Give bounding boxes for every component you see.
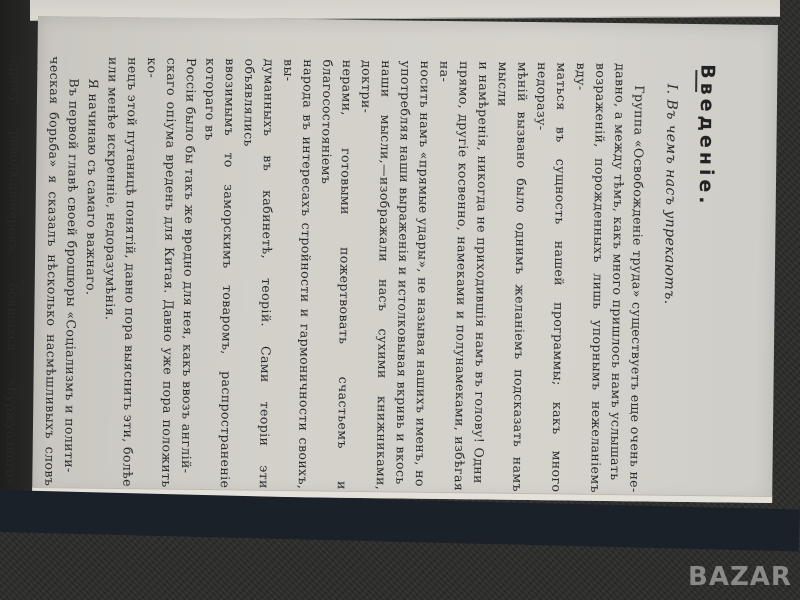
text-line: прямо, другіе косвенно, намеками и полун…: [430, 61, 474, 491]
text-line: возраженій, порожденныхъ лишь упорнымъ н…: [566, 63, 610, 493]
text-line: скаго опіума вреденъ для Китая. Давно уж…: [137, 57, 181, 487]
page-text: Введеніе. I. Въ чемъ насъ упрекаютъ. Гру…: [52, 56, 717, 494]
text-line: народа въ интересахъ стройности и гармон…: [274, 59, 318, 489]
page-title: Введеніе.: [695, 64, 719, 208]
text-line: мѣній вызвано было однимъ желаніемъ подс…: [488, 62, 532, 492]
text-line: нерами, готовыми пожертвовать счастьемъ …: [313, 59, 357, 489]
book-page: Введеніе. I. Въ чемъ насъ упрекаютъ. Гру…: [32, 16, 778, 503]
text-line: ческая борьба» я сказалъ нѣсколько насмѣ…: [20, 56, 64, 486]
text-line: наши мысли,—изображали насъ сухими книжн…: [352, 60, 396, 490]
text-line: думанныхъ въ кабинетѣ, теорій. Сами теор…: [235, 58, 279, 488]
section-heading: I. Въ чемъ насъ упрекаютъ.: [656, 64, 681, 494]
watermark-logo: BAZAR: [688, 562, 792, 592]
text-line: ввозимымъ то заморскимъ товаромъ, распро…: [196, 58, 240, 488]
text-line: маться въ сущность нашей программы; какъ…: [527, 62, 571, 492]
